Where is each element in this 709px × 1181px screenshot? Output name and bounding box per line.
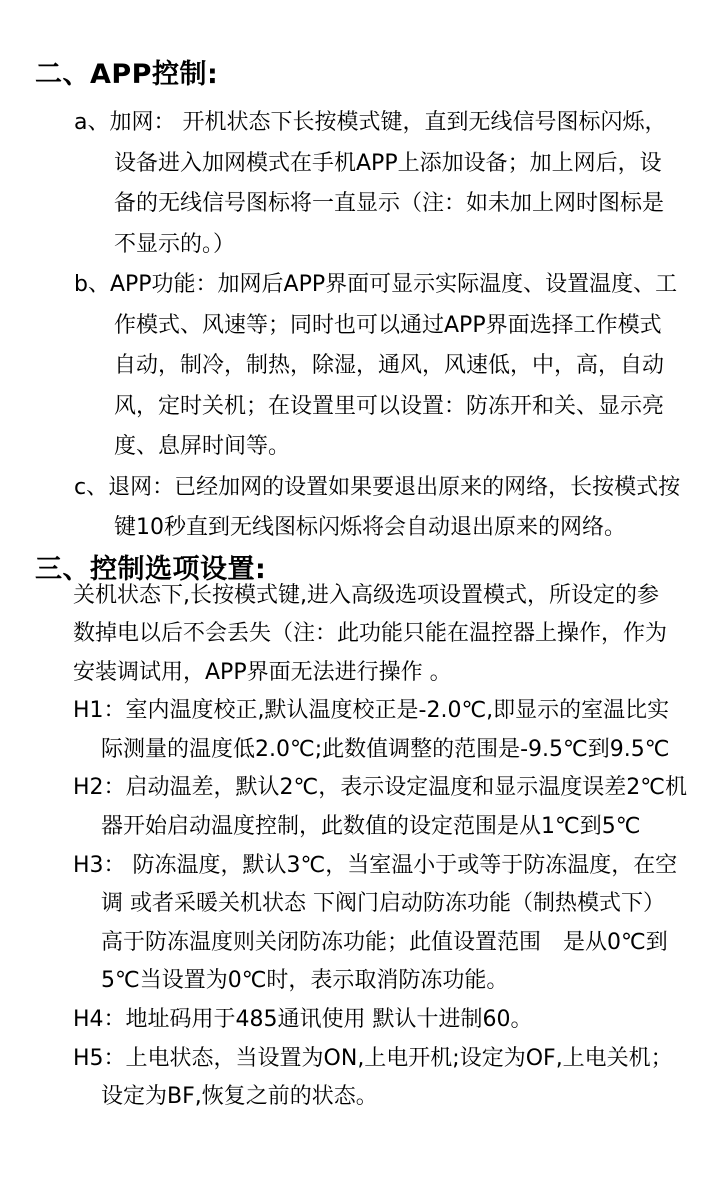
text-line: 键10秒直到无线图标闪烁将会自动退出原来的网络。 [0, 508, 709, 549]
document-content: 二、APP控制:a、加网： 开机状态下长按模式键，直到无线信号图标闪烁，设备进入… [0, 57, 709, 1117]
paragraph-H2: H2：启动温差，默认2℃，表示设定温度和显示温度误差2℃机器开始启动温度控制，此… [0, 769, 709, 846]
text-line: H4：地址码用于485通讯使用 默认十进制60。 [0, 1001, 709, 1040]
paragraph-b: b、APP功能：加网后APP界面可显示实际温度、设置温度、工作模式、风速等；同时… [0, 265, 709, 468]
text-line: 备的无线信号图标将一直显示（注：如未加上网时图标是 [0, 184, 709, 225]
text-line: H1：室内温度校正,默认温度校正是-2.0℃,即显示的室温比实 [0, 692, 709, 731]
text-line: 设备进入加网模式在手机APP上添加设备；加上网后，设 [0, 144, 709, 185]
paragraph-c: c、退网：已经加网的设置如果要退出原来的网络，长按模式按键10秒直到无线图标闪烁… [0, 468, 709, 549]
text-line: 安装调试用，APP界面无法进行操作 。 [0, 654, 709, 693]
text-line: 5℃当设置为0℃时，表示取消防冻功能。 [0, 962, 709, 1001]
text-line: 设定为BF,恢复之前的状态。 [0, 1078, 709, 1117]
text-line: 风，定时关机；在设置里可以设置：防冻开和关、显示亮 [0, 387, 709, 428]
paragraph-a: a、加网： 开机状态下长按模式键，直到无线信号图标闪烁，设备进入加网模式在手机A… [0, 103, 709, 265]
text-line: 调 或者采暖关机状态 下阀门启动防冻功能（制热模式下） [0, 885, 709, 924]
text-line: H2：启动温差，默认2℃，表示设定温度和显示温度误差2℃机 [0, 769, 709, 808]
text-line: 器开始启动温度控制，此数值的设定范围是从1℃到5℃ [0, 808, 709, 847]
text-line: c、退网：已经加网的设置如果要退出原来的网络，长按模式按 [0, 468, 709, 509]
document-page: 二、APP控制:a、加网： 开机状态下长按模式键，直到无线信号图标闪烁，设备进入… [0, 0, 709, 1181]
text-line: 际测量的温度低2.0℃;此数值调整的范围是-9.5℃到9.5℃ [0, 731, 709, 770]
text-line: H3： 防冻温度，默认3℃，当室温小于或等于防冻温度，在空 [0, 847, 709, 886]
text-line: 关机状态下,长按模式键,进入高级选项设置模式，所设定的参 [0, 577, 709, 616]
paragraph-H1: H1：室内温度校正,默认温度校正是-2.0℃,即显示的室温比实际测量的温度低2.… [0, 692, 709, 769]
paragraph-H3: H3： 防冻温度，默认3℃，当室温小于或等于防冻温度，在空调 或者采暖关机状态 … [0, 847, 709, 1001]
paragraph-intro: 关机状态下,长按模式键,进入高级选项设置模式，所设定的参数掉电以后不会丢失（注：… [0, 577, 709, 693]
text-line: 不显示的。） [0, 225, 709, 266]
text-line: b、APP功能：加网后APP界面可显示实际温度、设置温度、工 [0, 265, 709, 306]
text-line: 度、息屏时间等。 [0, 427, 709, 468]
text-line: 高于防冻温度则关闭防冻功能；此值设置范围 是从0℃到 [0, 924, 709, 963]
paragraph-H5: H5：上电状态，当设置为ON,上电开机;设定为OF,上电关机；设定为BF,恢复之… [0, 1040, 709, 1117]
text-line: 作模式、风速等；同时也可以通过APP界面选择工作模式 [0, 306, 709, 347]
text-line: a、加网： 开机状态下长按模式键，直到无线信号图标闪烁， [0, 103, 709, 144]
text-line: 数掉电以后不会丢失（注：此功能只能在温控器上操作，作为 [0, 615, 709, 654]
text-line: H5：上电状态，当设置为ON,上电开机;设定为OF,上电关机； [0, 1040, 709, 1079]
section-heading: 二、APP控制: [0, 57, 709, 93]
paragraph-H4: H4：地址码用于485通讯使用 默认十进制60。 [0, 1001, 709, 1040]
text-line: 自动，制冷，制热，除湿，通风，风速低，中，高，自动 [0, 346, 709, 387]
